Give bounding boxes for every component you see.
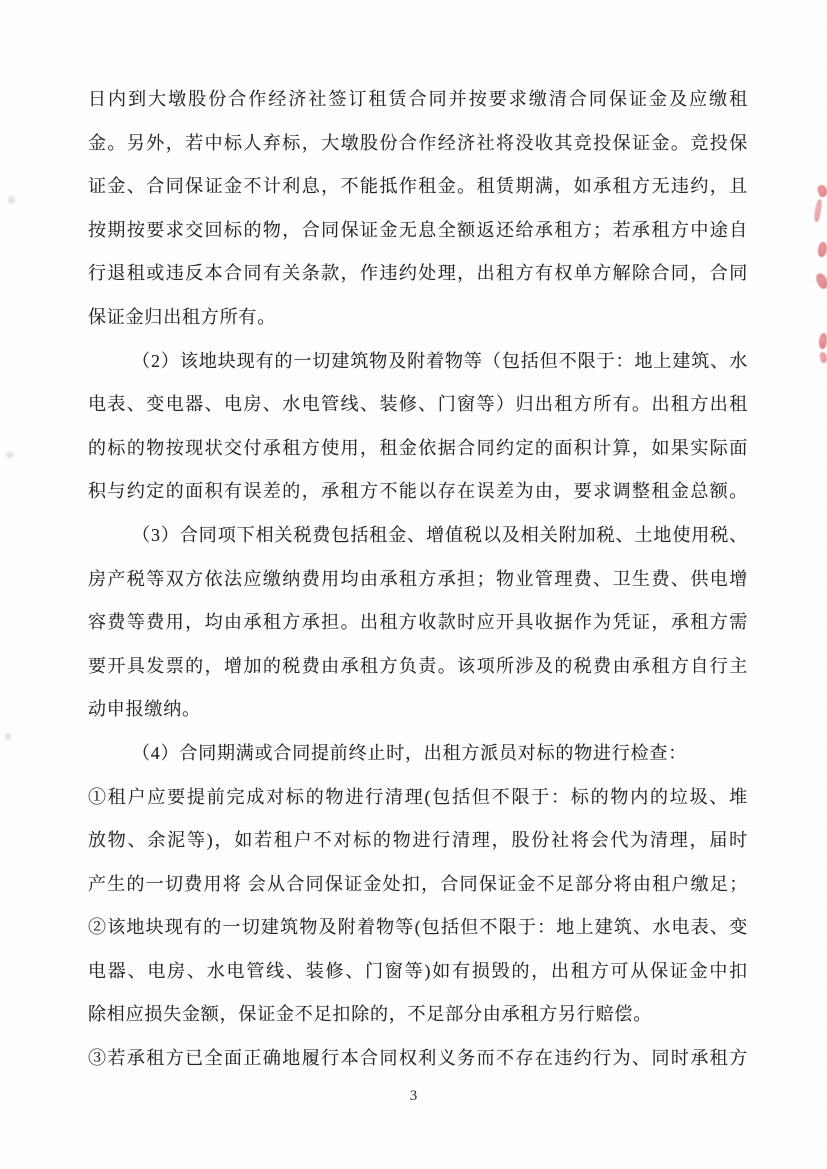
text-line: （4）合同期满或合同提前终止时，出租方派员对标的物进行检查： [88, 732, 748, 776]
text-line: 动申报缴纳。 [88, 688, 748, 732]
text-line: 按期按要求交回标的物，合同保证金无息全额返还给承租方；若承租方中途自 [88, 209, 748, 253]
page-number: 3 [0, 1085, 827, 1107]
text-line: 保证金归出租方所有。 [88, 296, 748, 340]
text-line: ③若承租方已全面正确地履行本合同权利义务而不存在违约行为、同时承租方 [88, 1037, 748, 1081]
text-line: （3）合同项下相关税费包括租金、增值税以及相关附加税、土地使用税、 [88, 514, 748, 558]
text-line: 放物、余泥等)，如若租户不对标的物进行清理，股份社将会代为清理，届时 [88, 819, 748, 863]
red-ink-fragment [819, 351, 827, 363]
text-line: 产生的一切费用将 会从合同保证金处扣，合同保证金不足部分将由租户缴足； [88, 863, 748, 907]
document-page: 日内到大墩股份合作经济社签订租赁合同并按要求缴清合同保证金及应缴租金。另外，若中… [0, 0, 827, 1169]
text-line: 电器、电房、水电管线、装修、门窗等)如有损毁的，出租方可从保证金中扣 [88, 950, 748, 994]
text-line: 容费等费用，均由承租方承担。出租方收款时应开具收据作为凭证，承租方需 [88, 601, 748, 645]
text-line: ②该地块现有的一切建筑物及附着物等(包括但不限于：地上建筑、水电表、变 [88, 906, 748, 950]
text-line: 日内到大墩股份合作经济社签订租赁合同并按要求缴清合同保证金及应缴租 [88, 78, 748, 122]
red-ink-fragment [816, 241, 827, 258]
text-line: 要开具发票的，增加的税费由承租方负责。该项所涉及的税费由承租方自行主 [88, 645, 748, 689]
red-ink-fragment [816, 184, 827, 198]
scan-speck [6, 452, 14, 458]
text-line: 证金、合同保证金不计利息，不能抵作租金。租赁期满，如承租方无违约，且 [88, 165, 748, 209]
text-line: 除相应损失金额，保证金不足扣除的，不足部分由承租方另行赔偿。 [88, 993, 748, 1037]
text-line: 积与约定的面积有误差的，承租方不能以存在误差为由，要求调整租金总额。 [88, 470, 748, 514]
text-line: 房产税等双方依法应缴纳费用均由承租方承担；物业管理费、卫生费、供电增 [88, 558, 748, 602]
text-line: 金。另外，若中标人弃标，大墩股份合作经济社将没收其竞投保证金。竞投保 [88, 122, 748, 166]
text-line: ①租户应要提前完成对标的物进行清理(包括但不限于：标的物内的垃圾、堆 [88, 776, 748, 820]
red-ink-fragment [818, 332, 827, 349]
text-line: 行退租或违反本合同有关条款，作违约处理，出租方有权单方解除合同，合同 [88, 252, 748, 296]
red-ink-fragment [814, 272, 827, 291]
scan-speck [5, 733, 11, 740]
red-ink-fragment [813, 199, 822, 223]
scan-speck [8, 196, 15, 204]
document-body: 日内到大墩股份合作经济社签订租赁合同并按要求缴清合同保证金及应缴租金。另外，若中… [88, 78, 748, 1081]
text-line: 的标的物按现状交付承租方使用，租金依据合同约定的面积计算，如果实际面 [88, 427, 748, 471]
text-line: 电表、变电器、电房、水电管线、装修、门窗等）归出租方所有。出租方出租 [88, 383, 748, 427]
text-line: （2）该地块现有的一切建筑物及附着物等（包括但不限于：地上建筑、水 [88, 340, 748, 384]
